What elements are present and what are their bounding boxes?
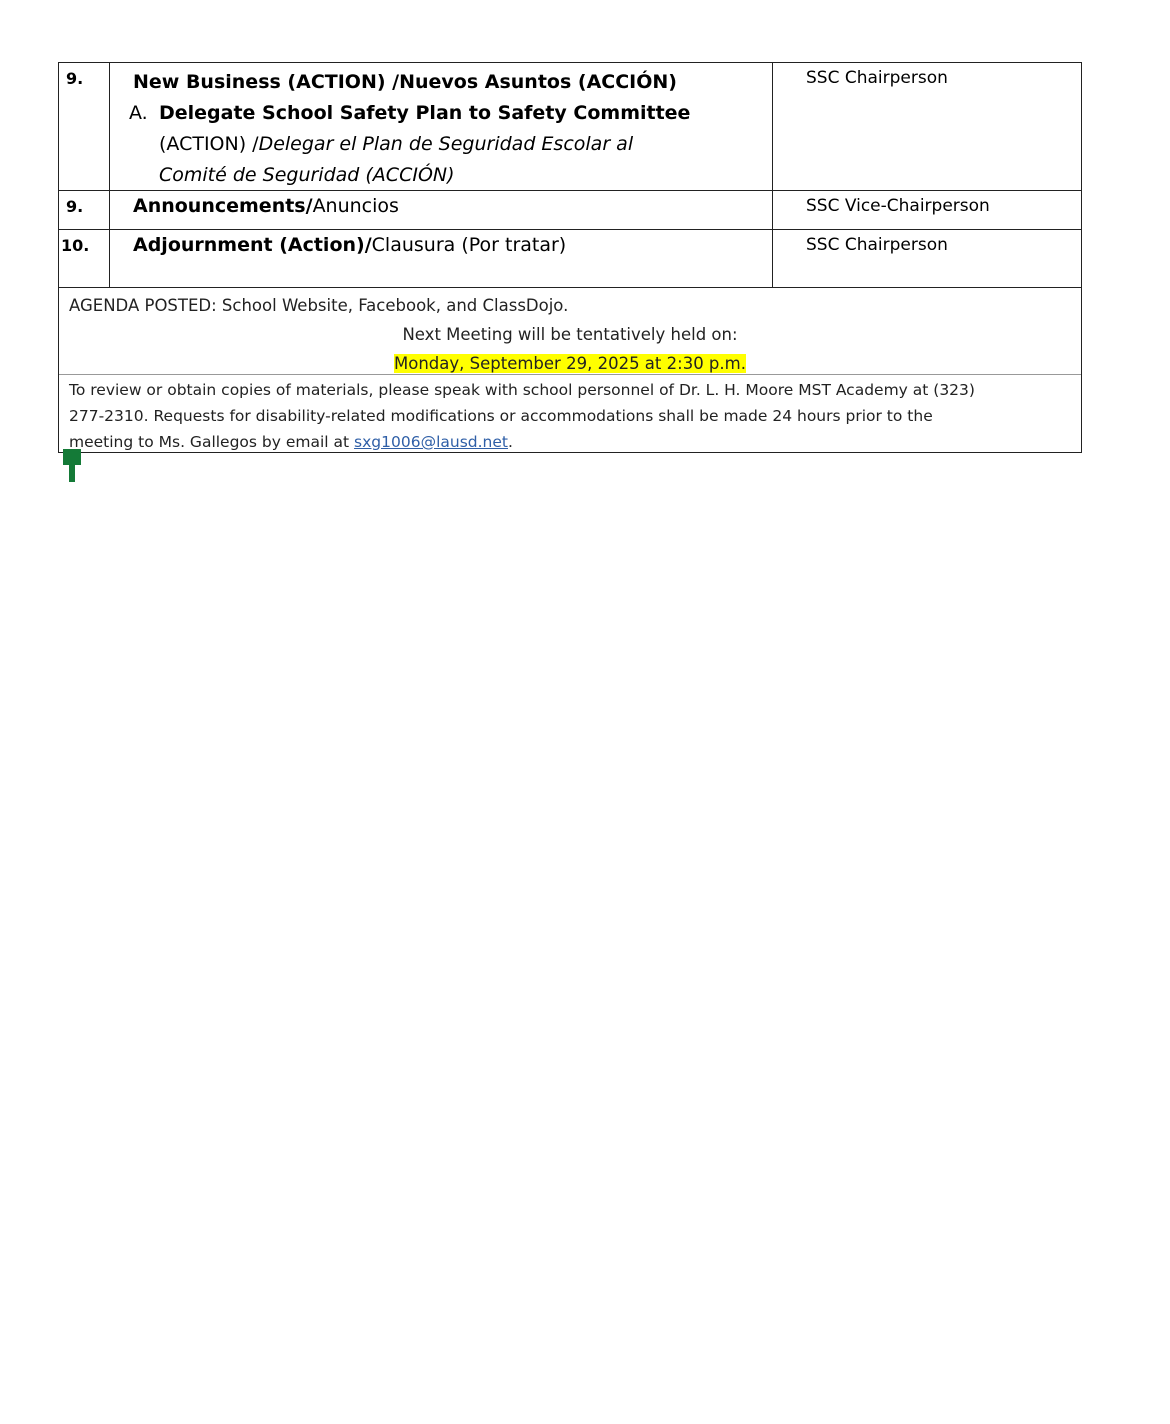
sub-item-title: Delegate School Safety Plan to Safety Co… (159, 98, 690, 129)
sub-item-spanish-1: Delegar el Plan de Seguridad Escolar al (259, 133, 634, 155)
item-title: Announcements/ (133, 195, 313, 217)
item-title: Adjournment (Action)/ (133, 234, 372, 256)
accessibility-notice: To review or obtain copies of materials,… (59, 375, 1081, 452)
item-presenter: SSC Chairperson (773, 230, 1081, 287)
sub-item: A. Delegate School Safety Plan to Safety… (133, 98, 772, 191)
item-description: New Business (ACTION) /Nuevos Asuntos (A… (110, 63, 773, 190)
item-number: 9. (59, 191, 110, 229)
item-presenter: SSC Vice-Chairperson (773, 191, 1081, 229)
agenda-posted-text: AGENDA POSTED: School Website, Facebook,… (69, 291, 1071, 320)
agenda-row-adjournment: 10. Adjournment (Action)/Clausura (Por t… (59, 230, 1081, 288)
agenda-table: 9. New Business (ACTION) /Nuevos Asuntos… (58, 62, 1082, 453)
item-presenter: SSC Chairperson (773, 63, 1081, 190)
notice-line-1: To review or obtain copies of materials,… (69, 377, 1071, 403)
item-description: Announcements/Anuncios (110, 191, 773, 229)
item-title: New Business (ACTION) /Nuevos Asuntos (A… (133, 67, 772, 98)
agenda-row-announcements: 9. Announcements/Anuncios SSC Vice-Chair… (59, 191, 1081, 230)
email-link[interactable]: sxg1006@lausd.net (354, 433, 508, 451)
sub-item-spanish-2: Comité de Seguridad (ACCIÓN) (159, 160, 690, 191)
notice-line-3: meeting to Ms. Gallegos by email at (69, 433, 354, 451)
sub-item-action: (ACTION) / (159, 133, 259, 155)
table-move-handle-icon[interactable] (63, 449, 81, 482)
next-meeting-label: Next Meeting will be tentatively held on… (69, 320, 1071, 349)
agenda-row-new-business: 9. New Business (ACTION) /Nuevos Asuntos… (59, 63, 1081, 191)
item-title-spanish: Anuncios (313, 195, 399, 217)
item-number: 10. (59, 230, 110, 287)
item-title-spanish: Clausura (Por tratar) (372, 234, 567, 256)
notice-line-2: 277-2310. Requests for disability-relate… (69, 403, 1071, 429)
posting-info: AGENDA POSTED: School Website, Facebook,… (59, 288, 1081, 375)
notice-period: . (508, 433, 513, 451)
next-meeting-date: Monday, September 29, 2025 at 2:30 p.m. (394, 354, 746, 373)
sub-item-label: A. (129, 98, 159, 191)
item-description: Adjournment (Action)/Clausura (Por trata… (110, 230, 773, 287)
item-number: 9. (59, 63, 110, 190)
